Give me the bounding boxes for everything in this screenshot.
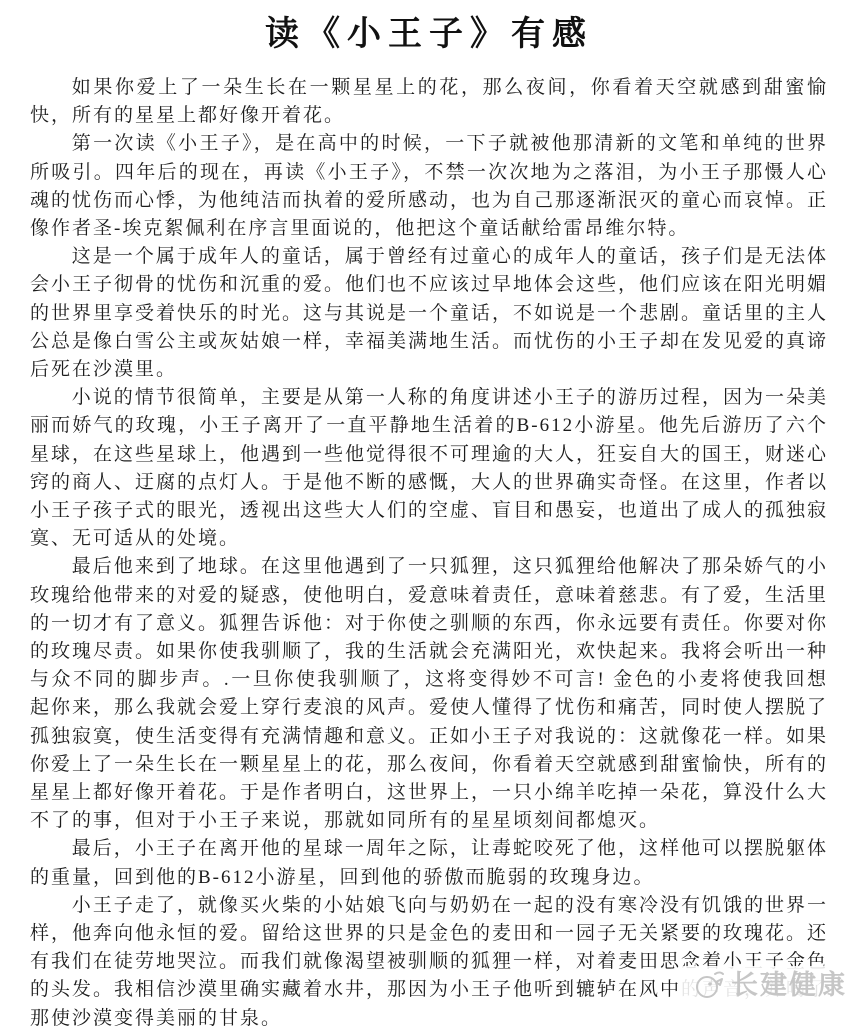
document-page: 读《小王子》有感 如果你爱上了一朵生长在一颗星星上的花，那么夜间，你看着天空就感… [0,0,857,1030]
paragraph: 如果你爱上了一朵生长在一颗星星上的花，那么夜间，你看着天空就感到甜蜜愉快，所有的… [30,74,828,130]
brand-watermark: 长建健康 [681,966,853,1004]
paragraph: 小说的情节很简单，主要是从第一人称的角度讲述小王子的游历过程，因为一朵美丽而娇气… [30,384,828,553]
paragraph: 这是一个属于成年人的童话，属于曾经有过童心的成年人的童话，孩子们是无法体会小王子… [30,243,828,384]
watermark-text: 长建健康 [731,972,847,999]
paragraph: 最后他来到了地球。在这里他遇到了一只狐狸，这只狐狸给他解决了那朵娇气的小玫瑰给他… [30,553,828,835]
paragraph: 最后，小王子在离开他的星球一周年之际，让毒蛇咬死了他，这样他可以摆脱躯体的重量，… [30,835,828,891]
paragraph: 小王子走了，就像买火柴的小姑娘飞向与奶奶在一起的没有寒冷没有饥饿的世界一样，他奔… [30,892,828,1030]
essay-body: 如果你爱上了一朵生长在一颗星星上的花，那么夜间，你看着天空就感到甜蜜愉快，所有的… [30,74,828,1030]
page-title: 读《小王子》有感 [30,12,828,58]
chick-logo-icon [691,968,727,1002]
paragraph: 第一次读《小王子》，是在高中的时候，一下子就被他那清新的文笔和单纯的世界所吸引。… [30,130,828,243]
